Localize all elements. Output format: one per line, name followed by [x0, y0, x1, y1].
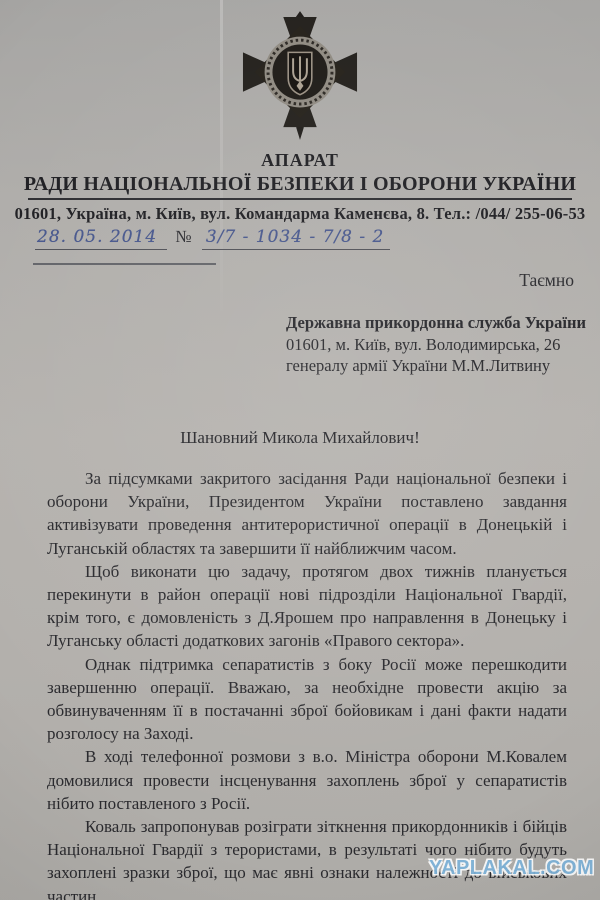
registration-number: 3/7 - 1034 - 7/8 - 2: [202, 227, 390, 250]
body-paragraph: Однак підтримка сепаратистів з боку Росі…: [47, 653, 567, 746]
registration-row: 28. 05. 2014 № 3/7 - 1034 - 7/8 - 2: [35, 227, 390, 250]
recipient-address: 01601, м. Київ, вул. Володимирська, 26: [286, 334, 586, 356]
org-name-line2: РАДИ НАЦІОНАЛЬНОЇ БЕЗПЕКИ І ОБОРОНИ УКРА…: [0, 173, 600, 196]
registration-date: 28. 05. 2014: [35, 227, 167, 250]
watermark: YAPLAKAL.COM: [429, 857, 594, 880]
recipient-block: Державна прикордонна служба України 0160…: [286, 312, 586, 377]
blank-form-line: [33, 263, 216, 265]
body-paragraph: В ході телефонної розмови з в.о. Міністр…: [47, 745, 567, 815]
classification-label: Таємно: [519, 270, 574, 291]
org-name-line1: АПАРАТ: [0, 150, 600, 171]
letter-photo: АПАРАТ РАДИ НАЦІОНАЛЬНОЇ БЕЗПЕКИ І ОБОРО…: [0, 0, 600, 900]
letterhead: АПАРАТ РАДИ НАЦІОНАЛЬНОЇ БЕЗПЕКИ І ОБОРО…: [0, 150, 600, 224]
nsdc-emblem-icon: [241, 11, 359, 141]
salutation: Шановний Микола Михайлович!: [0, 428, 600, 448]
letter-body: За підсумками закритого засідання Ради н…: [47, 467, 567, 900]
body-paragraph: За підсумками закритого засідання Ради н…: [47, 467, 567, 560]
recipient-person: генералу армії України М.М.Литвину: [286, 355, 586, 377]
recipient-organization: Державна прикордонна служба України: [286, 312, 586, 334]
body-paragraph: Щоб виконати цю задачу, протягом двох ти…: [47, 560, 567, 653]
number-sign: №: [175, 227, 191, 246]
letterhead-rule: [28, 198, 572, 200]
org-address-line: 01601, Україна, м. Київ, вул. Командарма…: [0, 204, 600, 224]
